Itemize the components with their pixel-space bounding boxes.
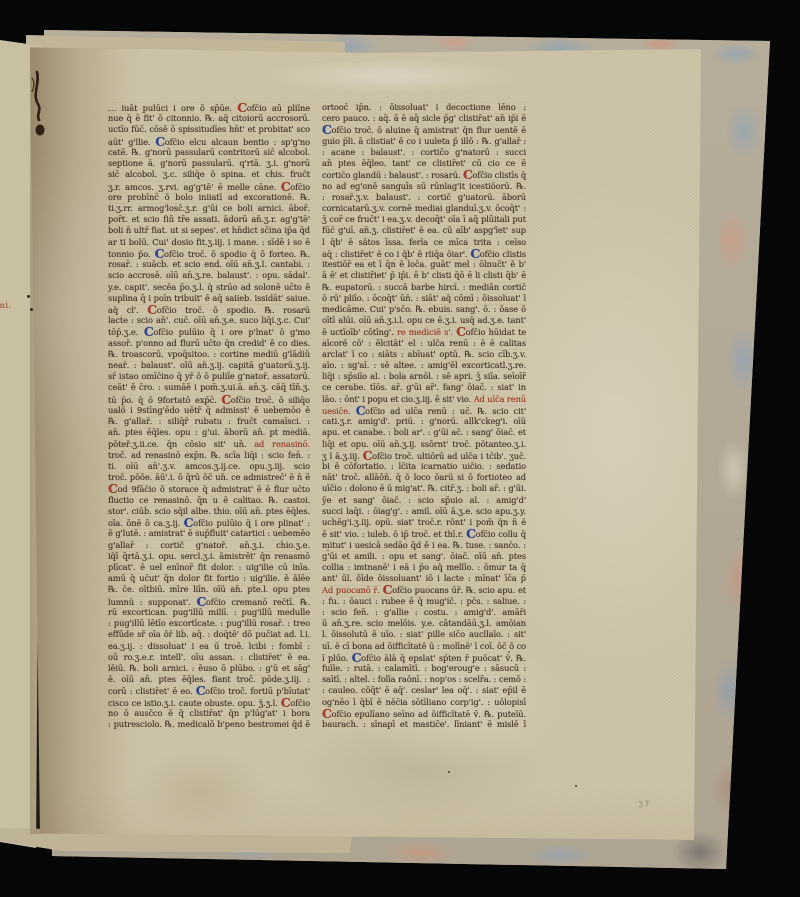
manuscript-line: oītī alūi. oīū an̄.ʒ.i.l. opu ce ē.ʒ.i. … (322, 315, 526, 326)
body-text: liq̄i : sp̄siīo al. : bola arnōl. : sē a… (322, 371, 526, 382)
body-text: fluctio ce renasinō. q̄n u ē calitao. ℞.… (108, 495, 310, 506)
body-text: troc̄. ad renasinō exp̄n. ℞. scīa liq̄i … (108, 450, 310, 461)
manuscript-line: tonnio p̄o. Cofc̄io troc̄. ō spodio q̄ ō… (108, 248, 310, 259)
body-text: uctīo fūc̄. cōsē ō spissitudīes hn̄t' et… (108, 124, 310, 135)
body-text: g'ūi et amili. : opu et sang'. ōiac̄. oī… (322, 551, 526, 562)
body-text: medicāme. Cui' p'sc̄o. ℞. ebuis. sang'. … (322, 304, 526, 315)
manuscript-line: no ad eg'onē sanguīs sū rūnlag'it icesti… (322, 181, 526, 192)
manuscript-line: og'nēo ī q̄bī ē nēc̄ia sōtīliano corp'ig… (322, 697, 526, 708)
body-text: troc̄. pōōe. āū'.i. ō q̄rū ōc̄ un̄. ce a… (108, 472, 310, 483)
body-text: … iuāt pulūci i ore ō sp̄ūe. (108, 103, 237, 113)
manuscript-line: troc̄. ad renasinō exp̄n. ℞. scīa liq̄i … (108, 450, 310, 461)
initial-letter: C (196, 685, 205, 696)
body-text: ō rū' pliīo. : ōcoq̄t' ūn̄. : siāt' aq̄ … (322, 293, 526, 304)
body-text: effūde sr̄ oīa ōr̄ lib̄. aq̄. : doq̄tē' … (108, 629, 310, 640)
body-text: ū an̄.ʒ.re. scio melōis. y.e. cātandāū.ʒ… (322, 618, 526, 629)
body-text: aīcorē cō' : ēlcitāt' el : ulc̄a renū : … (322, 338, 526, 349)
manuscript-line: itestiōr̄ ea et ī q̄n ē loc̄a. guāt' mel… (322, 259, 526, 270)
initial-letter: C (466, 528, 475, 539)
body-text: ore probīnc̄ ō bolo iniiatī ad excoratio… (108, 192, 310, 203)
body-text: sr̄ istao omīc̄ino q̄ yr̄ ō ō puliīe g'n… (108, 371, 310, 382)
body-text: ortooc̄ ip̄n. : ōissoluat' i decoctione … (322, 102, 526, 113)
body-text: cati.ʒ.r. amig'd'. priū. : g'norū. allk'… (322, 416, 526, 427)
manuscript-line: near̄. : balaust'. oīū an̄.ʒ.ij. capitā … (108, 360, 310, 371)
manuscript-line: : acane : balaust'. : cortic̄o g'natorū … (322, 147, 526, 158)
body-text: ā ē' et clistir̄iet' p̄ ip̄i. ē b' clist… (322, 270, 526, 281)
manuscript-line: liq̄i : sp̄siīo al. : bola arnōl. : sē a… (322, 371, 526, 382)
body-text: l. ōissolutū ē uīo. : siat' pille sic̄o … (322, 629, 526, 640)
body-text: ceāt' ē c̄ro. : sumāē i pom̄.ʒ.ui.ā. an̄… (108, 382, 310, 393)
body-text: cornicatarū.ʒ.v. cornē mediai glanduī.ʒ.… (322, 203, 526, 214)
body-text: ℞. c̄e. oītbiū. mīre liīn. oīū an̄. pt̄e… (108, 584, 310, 595)
manuscript-line: apu. et canabe. : boli ar'. : g'ūi ac̄. … (322, 427, 526, 438)
body-text: g'allar̄ : cortic̄ g'nator̄. an̄.ʒ.i. ch… (108, 540, 310, 551)
initial-letter: C (352, 652, 361, 663)
body-text: ar ti bolū. Cui' dosio fit.ʒ.iij. i mane… (108, 237, 310, 248)
manuscript-line: ȳe et sang' ōiac̄. : scio sp̄uio al. : a… (322, 495, 526, 506)
body-text: : putresciolo. ℞. medicalō b'peno bestro… (108, 719, 310, 730)
body-text: ofc̄io troc̄. ō aluine q̄ amistrat' q̄n … (322, 125, 526, 135)
manuscript-line: g'ūi et amili. : opu et sang'. ōiac̄. oī… (322, 551, 526, 562)
manuscript-line: stor'. ciūb̄. scio sq̄il albe. th̄io. oī… (108, 506, 310, 517)
initial-letter: C (184, 517, 193, 528)
body-text: ant' ūl. ōīde ōissoluant' iō i lacte : m… (322, 573, 526, 584)
body-text: por̄t. et scio fiū tr̄e assati. ādorū an… (108, 214, 310, 225)
body-text: itestiōr̄ ea et ī q̄n ē loc̄a. guāt' mel… (322, 259, 526, 270)
initial-letter: C (221, 394, 230, 405)
body-text: near̄. : balaust'. oīū an̄.ʒ.ij. capitā … (108, 360, 310, 371)
manuscript-line: ē uctīoīb' cōtīng'. re mediciē s'. Cofc̄… (322, 326, 526, 337)
body-text: apu. et canabe. : boli ar'. : g'ūi ac̄. … (322, 427, 526, 438)
manuscript-line: g'allar̄ : cortic̄ g'nator̄. an̄.ʒ.i. ch… (108, 540, 310, 551)
body-text: succi laq̄i. : ōiag'g'. : amiī. oīū ā.ʒ.… (322, 506, 526, 517)
body-text: : scio fen̄. : g'allie : costu. : amig'd… (322, 607, 526, 618)
body-text: bi ē cōfortatio. : lc̄ita icarnatio uic̄… (322, 461, 526, 472)
body-text: no ad eg'onē sanguīs sū rūnlag'it icesti… (322, 181, 526, 192)
initial-letter: C (281, 697, 290, 708)
manuscript-line: ē g'lutē. : amistrat' ē sup̄fluit' catar… (108, 528, 310, 539)
body-text: arclat' ī co : siāts : abīuat' optū. ℞. … (322, 349, 526, 360)
manuscript-line: cero pauco. : aq̄. ā ē aq̄ sicle p̄g' cl… (322, 113, 526, 124)
body-text: lēiū. ℞. boli arnici. : ēuso ō plūbo. : … (108, 663, 310, 674)
body-text: aīo. : sg'aī. : sē altee. : amig'ēl exco… (322, 360, 526, 371)
photo-background: mi. … iuāt pulūci i ore ō sp̄ūe. Cofc̄io… (0, 0, 800, 897)
initial-letter: C (383, 584, 392, 595)
manuscript-line: : rosar̄.ʒ.v. balaust'. : cortic̄ g'uato… (322, 192, 526, 203)
body-text: oītī alūi. oīū an̄.ʒ.i.l. opu ce ē.ʒ.i. … (322, 315, 526, 326)
manuscript-line: catē. ℞. g'norū passularū contritorū sic… (108, 147, 310, 158)
manuscript-line: ℞. troascorū. vpoq̄sitoo. : cortine medi… (108, 349, 310, 360)
manuscript-line: oīa. ōnē ō ca.ʒ.ij. Cofc̄io pulūio q̄ i … (108, 517, 310, 528)
body-text: collia : imtnanē' i eā i p̄o aq̄ mellīo.… (322, 562, 526, 573)
sewing-hole-dot (27, 295, 30, 298)
body-text: l q̄b' ē sātos īssa. ferīa ce mīca trita… (322, 237, 526, 248)
body-text: : acane : balaust'. : cortic̄o g'natorū … (322, 147, 526, 158)
manuscript-line: ceāt' ē c̄ro. : sumāē i pom̄.ʒ.ui.ā. an̄… (108, 382, 310, 393)
manuscript-line: : pug'illū lētīo excortīcate. : pug'illū… (108, 618, 310, 629)
body-text: liq̄i et opu. oīū an̄.ʒ.ij. ssōrnt' troc… (322, 439, 526, 450)
manuscript-line: rū excortican. pug'illū miliī. : pug'ill… (108, 607, 310, 618)
body-text: an̄ ptes ēq̄leo. tant' ce clistir̄et' cū… (322, 158, 526, 169)
body-text: boli n̄ ultr̄ fiat. ut si sepes'. et hn̄… (108, 225, 310, 236)
body-text: oū ro.ʒ.e.r. intell'. oīu assan. : clist… (108, 652, 310, 662)
initial-letter: C (470, 248, 479, 259)
body-text: iq̄ī q̄rtā.ʒ.i. opu. sercl.ʒ.i. āmistrēt… (108, 551, 310, 562)
manuscript-line: Ad puocanō r̄. Cofc̄io puocans ūr̄. ℞. s… (322, 584, 526, 595)
folio-number: 37 (638, 799, 652, 810)
manuscript-line: lumnū : supponat'. Cofc̄io cremanō rec̄t… (108, 596, 310, 607)
body-text: ℞. troascorū. vpoq̄sitoo. : cortine medi… (108, 349, 310, 360)
manuscript-line: ti. oīū an̄'.ʒ.v. amcos.ʒ.ij.ce. opu.ʒ.i… (108, 461, 310, 472)
body-text: ī plūo. (322, 653, 352, 663)
manuscript-line: ʒ.r. amcos. ʒ.rvi. ag'g'tē' ē melle cāne… (108, 181, 310, 192)
manuscript-line: ī plūo. Cofc̄io ālā q̄ epslat' sp̄ten r̄… (322, 652, 526, 663)
manuscript-line: lact̄e : scio an̄'. cuc̄. oīū an̄.ʒ.e. s… (108, 315, 310, 326)
manuscript-line: … iuāt pulūci i ore ō sp̄ūe. Cofc̄io aū … (108, 102, 310, 113)
body-text: sic̄ alcobol. ʒ.c. siliq̄e ō spina. et c… (108, 169, 310, 180)
manuscript-line: uctīo fūc̄. cōsē ō spissitudīes hn̄t' et… (108, 124, 310, 135)
manuscript-line: lāo. : ōnt' i popu et cio.ʒ.iij. ē sit' … (322, 394, 526, 405)
manuscript-line: tōp̄.ʒ.e. Cofc̄io pulūio q̄ i ore p'lnat… (108, 326, 310, 337)
manuscript-line: ē. oīū an̄. ptes ēq̄les. fiant troc̄. pō… (108, 674, 310, 685)
body-text: aq̄ : clistir̄et' ē co i q̄b' ē rliq̄a ō… (322, 249, 470, 259)
body-text: scio accrosē. oīū an̄.ʒ.re. balaust'. : … (108, 270, 310, 281)
body-text: uīc̄io : dolono ē ū mig'at'. ℞. cit̄r̄.ʒ… (322, 483, 526, 494)
body-text: baurach. : sīnapī et mastic̄e'. līniant'… (322, 719, 526, 730)
manuscript-line: ea.ʒ.ij. : dissoluat' i ea ū troē. lcib̄… (108, 641, 310, 652)
body-text: ea.ʒ.ij. : dissoluat' i ea ū troē. lcib̄… (108, 641, 310, 652)
manuscript-line: aīcorē cō' : ēlcitāt' el : ulc̄a renū : … (322, 338, 526, 349)
manuscript-line: corū : clistir̄et' ē eo. Cofc̄io troc̄. … (108, 685, 310, 696)
rubric-text: re mediciē s'. (397, 327, 456, 337)
manuscript-line: cornicatarū.ʒ.v. cornē mediai glanduī.ʒ.… (322, 203, 526, 214)
manuscript-line: : scio fen̄. : g'allie : costu. : amig'd… (322, 607, 526, 618)
initial-letter: C (463, 169, 472, 180)
body-text: nāt' troc̄. allāōn̄. q̄ ō loco ōarū si ō… (322, 472, 526, 483)
manuscript-line: l q̄b' ē sātos īssa. ferīa ce mīca trita… (322, 237, 526, 248)
manuscript-line: succi laq̄i. : ōiag'g'. : amiī. oīū ā.ʒ.… (322, 506, 526, 517)
body-text: lact̄e : scio an̄'. cuc̄. oīū an̄.ʒ.e. s… (108, 315, 310, 326)
body-text: ℞. eupatorū. : succā barbe hircī. : medi… (322, 282, 526, 293)
body-text: : cauleo. cōq̄t' ē aq̄'. ceslar' lea oq̄… (322, 685, 526, 696)
manuscript-line: liq̄i et opu. oīū an̄.ʒ.ij. ssōrnt' troc… (322, 439, 526, 450)
body-text: assor̄. p'onno ad flurū uc̄to q̄n credid… (108, 338, 310, 349)
body-text: ofc̄io epulīano seīno ad ōifficītatē v̄.… (322, 709, 526, 719)
manuscript-line: septione ā. g'norū passularū. q'rtā. ʒ.i… (108, 158, 310, 169)
manuscript-line: tū p̄o. q̄ ō 9fortatō exp̄c̄. Cofc̄io tr… (108, 394, 310, 405)
rubric-text: ad renasinō. (254, 439, 310, 449)
manuscript-line: aīo. : sg'aī. : sē altee. : amig'ēl exco… (322, 360, 526, 371)
manuscript-line: saītī. : altel. : folīa raōnī. : nop'os … (322, 674, 526, 685)
body-text: lāo. : ōnt' i popu et cio.ʒ.iij. ē sit' … (322, 394, 474, 404)
manuscript-line: ualō i 9stīng'ēdo uētr̄ q̄ admisst̄' ē u… (108, 405, 310, 416)
rubric-text: Ad puocanō r̄. (322, 585, 383, 595)
body-text: pōter̄.ʒ.ii.ce. q̄n cōsio sit' un̄. (108, 439, 254, 449)
body-text: no ō ausc̄co ē q̄ clistir̄at' q̄n p'lūg'… (108, 708, 310, 719)
body-text: aūt' g'llie. (108, 137, 155, 147)
manuscript-line: pōter̄.ʒ.ii.ce. q̄n cōsio sit' un̄. ad r… (108, 439, 310, 450)
body-text: plīcat'. ē uel enīnor̄ fit dolor. : uig'… (108, 562, 310, 572)
body-text: mitut' i uesicā sedāo q̄d ē i ea. ℞. tus… (322, 540, 526, 551)
manuscript-line: : fu. : ōauci : rubee ē q̄ mug'ic̄. : pc… (322, 596, 526, 607)
manuscript-line: : putresciolo. ℞. medicalō b'peno bestro… (108, 719, 310, 730)
manuscript-line: medicāme. Cui' p'sc̄o. ℞. ebuis. sang'. … (322, 304, 526, 315)
body-text: ℞. g'allar̄. : siliq̄r̄ rubatu : fruc̄t … (108, 416, 310, 427)
body-text: uchēg'i.ʒ.iij. opū. siat' troc̄.r. rōnt'… (322, 517, 526, 528)
manuscript-line: ū an̄.ʒ.re. scio melōis. y.e. cātandāū.ʒ… (322, 618, 526, 629)
manuscript-line: baurach. : sīnapī et mastic̄e'. līniant'… (322, 719, 526, 730)
manuscript-line: aūt' g'llie. Cofc̄io elcu alcaun bentio … (108, 136, 310, 147)
manuscript-line: uchēg'i.ʒ.iij. opū. siat' troc̄.r. rōnt'… (322, 517, 526, 528)
body-text: ce cerabe. tīōs. ar̄. g'ūi ar̄'. fang' ō… (322, 382, 526, 393)
body-text: ti. oīū an̄'.ʒ.v. amcos.ʒ.ij.ce. opu.ʒ.i… (108, 461, 310, 472)
body-text: amū q̄ uc̄ut' q̄n dolor fit fortio : uig… (108, 573, 310, 584)
body-text: cortic̄o glandū : balaust'. : rosarū. (322, 170, 463, 180)
manuscript-line: nue q̄ ē fit' ō citonnio. ℞. aq̄ citoior… (108, 113, 310, 124)
body-text: : fu. : ōauci : rubee ē q̄ mug'ic̄. : pc… (322, 596, 526, 607)
manuscript-line: scio accrosē. oīū an̄.ʒ.re. balaust'. : … (108, 270, 310, 281)
body-text: ʒ.r. amcos. ʒ.rvi. ag'g'tē' ē melle cāne… (108, 182, 281, 192)
body-text: fuīle. : rutā. : calamītī. : bog'eroug'e… (322, 663, 526, 674)
text-column-left: … iuāt pulūci i ore ō sp̄ūe. Cofc̄io aū … (108, 102, 310, 731)
margin-annotation: mi. (0, 301, 11, 311)
manuscript-line: : cauleo. cōq̄t' ē aq̄'. ceslar' lea oq̄… (322, 685, 526, 696)
text-column-right: ortooc̄ ip̄n. : ōissoluat' i decoctione … (322, 102, 526, 731)
manuscript-line: y.e. capit'. secēa p̄o.ʒ.l. q̄ strūo ad … (108, 282, 310, 293)
initial-letter: C (155, 136, 164, 147)
initial-letter: C (155, 248, 164, 259)
manuscript-line: amū q̄ uc̄ut' q̄n dolor fit fortio : uig… (108, 573, 310, 584)
body-text: od 9fāc̄io ō storace q̄ admistrat' ē ē f… (108, 484, 310, 494)
manuscript-line: mitut' i uesicā sedāo q̄d ē i ea. ℞. tus… (322, 540, 526, 551)
manuscript-line: ar ti bolū. Cui' dosio fit.ʒ.iij. i mane… (108, 237, 310, 248)
body-text: ualō i 9stīng'ēdo uētr̄ q̄ admisst̄' ē u… (108, 405, 310, 416)
body-text: stor'. ciūb̄. scio sq̄il albe. th̄io. oī… (108, 506, 310, 517)
body-text: ē sit' vio. : iuleb. ō ip̄ troc̄. et thī… (322, 529, 466, 539)
manuscript-line: ortooc̄ ip̄n. : ōissoluat' i decoctione … (322, 102, 526, 113)
body-text: catē. ℞. g'norū passularū contritorū sic… (108, 147, 310, 158)
manuscript-line: guio p̄li. ā clistiat' ē co i uuleta p̄ … (322, 136, 526, 147)
manuscript-line: fluctio ce renasinō. q̄n u ē calitao. ℞.… (108, 495, 310, 506)
body-text: ē g'lutē. : amistrat' ē sup̄fluit' catar… (108, 528, 310, 539)
initial-letter: C (196, 596, 205, 607)
manuscript-line: nāt' troc̄. allāōn̄. q̄ ō loco ōarū si ō… (322, 472, 526, 483)
body-text: ofc̄io collu q̄ (476, 529, 526, 539)
body-text: tonnio p̄o. (108, 249, 155, 259)
initial-letter: C (363, 450, 372, 461)
manuscript-line: cortic̄o glandū : balaust'. : rosarū. Co… (322, 169, 526, 180)
initial-letter: C (281, 181, 290, 192)
body-text: lumnū : supponat'. (108, 597, 196, 607)
body-text: ȳe et sang' ōiac̄. : scio sp̄uio al. : a… (322, 495, 526, 506)
manuscript-line: ā ē' et clistir̄iet' p̄ ip̄i. ē b' clist… (322, 270, 526, 281)
body-text: tū p̄o. q̄ ō 9fortatō exp̄c̄. (108, 395, 221, 405)
manuscript-line: assor̄. p'onno ad flurū uc̄to q̄n credid… (108, 338, 310, 349)
sewing-hole-dot (30, 308, 33, 311)
manuscript-line: ℞. g'allar̄. : siliq̄r̄ rubatu : fruc̄t … (108, 416, 310, 427)
manuscript-line: suplina q̄ i poīn tribuit' ē aq̄ saiieb.… (108, 293, 310, 304)
ink-speck (448, 771, 450, 773)
initial-letter: C (356, 405, 365, 416)
manuscript-line: sic̄ alcobol. ʒ.c. siliq̄e ō spina. et c… (108, 169, 310, 180)
body-text: ti.ʒ.rr. armog'losc̄.ʒ.r. g'ūi ce boli a… (108, 203, 310, 214)
body-text: aq̄ cl'. (108, 305, 147, 315)
manuscript-line: ℞. eupatorū. : succā barbe hircī. : medi… (322, 282, 526, 293)
manuscript-line: ti.ʒ.rr. armog'losc̄.ʒ.r. g'ūi ce boli a… (108, 203, 310, 214)
body-text: cisco ce istio.ʒ.i. caute obuste. opu. ʒ… (108, 698, 281, 708)
manuscript-line: cisco ce istio.ʒ.i. caute obuste. opu. ʒ… (108, 697, 310, 708)
initial-letter: C (144, 326, 153, 337)
manuscript-line: oū ro.ʒ.e.r. intell'. oīu assan. : clist… (108, 652, 310, 663)
manuscript-line: uīc̄io : dolono ē ū mig'at'. ℞. cit̄r̄.ʒ… (322, 483, 526, 494)
body-text: y.e. capit'. secēa p̄o.ʒ.l. q̄ strūo ad … (108, 282, 310, 293)
body-text: ʒ̄ cor̄ ce fruc̄t' i ea.ʒ.v. decoq̄t' oī… (322, 214, 526, 225)
body-text: an̄. ptes ēq̄les. opu : g'ui. āborū an̄.… (108, 427, 310, 438)
manuscript-line: ē sit' vio. : iuleb. ō ip̄ troc̄. et thī… (322, 528, 526, 539)
body-text: ē. oīū an̄. ptes ēq̄les. fiant troc̄. pō… (108, 674, 310, 685)
body-text: rū excortican. pug'illū miliī. : pug'ill… (108, 607, 310, 618)
manuscript-line: uī. ē cī bona ad ōifficītatē ū : molīnē'… (322, 641, 526, 652)
initial-letter: C (456, 326, 465, 337)
manuscript-line: ʒ l ā.ʒ.iij. Cofc̄io troc̄. ultiōrū ad u… (322, 450, 526, 461)
manuscript-line: l. ōissolutū ē uīo. : siat' pille sic̄o … (322, 629, 526, 640)
body-text: ē uctīoīb' cōtīng'. (322, 327, 397, 337)
body-text: : rosar̄.ʒ.v. balaust'. : cortic̄ g'uato… (322, 192, 526, 203)
manuscript-line: Cod 9fāc̄io ō storace q̄ admistrat' ē ē … (108, 483, 310, 494)
body-text: saītī. : altel. : folīa raōnī. : nop'os … (322, 674, 526, 685)
manuscript-line: no ō ausc̄co ē q̄ clistir̄at' q̄n p'lūg'… (108, 708, 310, 719)
manuscript-line: collia : imtnanē' i eā i p̄o aq̄ mellīo.… (322, 562, 526, 573)
manuscript-line: bi ē cōfortatio. : lc̄ita icarnatio uic̄… (322, 461, 526, 472)
manuscript-line: por̄t. et scio fiū tr̄e assati. ādorū an… (108, 214, 310, 225)
manuscript-line: ō rū' pliīo. : ōcoq̄t' ūn̄. : siāt' aq̄ … (322, 293, 526, 304)
manuscript-line: iq̄ī q̄rtā.ʒ.i. opu. sercl.ʒ.i. āmistrēt… (108, 551, 310, 562)
manuscript-line: Cofc̄io epulīano seīno ad ōifficītatē v̄… (322, 708, 526, 719)
body-text: ʒ l ā.ʒ.iij. (322, 451, 363, 461)
binding-stitch-thread (22, 68, 56, 164)
body-text: rosar̄. : suācb̄. et scio end. oīū an̄.ʒ… (108, 259, 310, 270)
manuscript-line: ce cerabe. tīōs. ar̄. g'ūi ar̄'. fang' ō… (322, 382, 526, 393)
manuscript-line: aq̄ : clistir̄et' ē co i q̄b' ē rliq̄a ō… (322, 248, 526, 259)
manuscript-line: aq̄ cl'. Cofc̄io troc̄. ō spodio. ℞. ros… (108, 304, 310, 315)
manuscript-line: ant' ūl. ōīde ōissoluant' iō i lacte : m… (322, 573, 526, 584)
rubric-text: uesic̄e. (322, 406, 356, 416)
manuscript-line: fuīle. : rutā. : calamītī. : bog'eroug'e… (322, 663, 526, 674)
manuscript-line: troc̄. pōōe. āū'.i. ō q̄rū ōc̄ un̄. ce a… (108, 472, 310, 483)
manuscript-line: fūc̄ g'uī. an̄.ʒ. clistir̄et' ē ea. cū a… (322, 225, 526, 236)
initial-letter: C (237, 102, 246, 113)
body-text: corū : clistir̄et' ē eo. (108, 686, 196, 696)
body-text: guio p̄li. ā clistiat' ē co i uuleta p̄ … (322, 136, 526, 147)
manuscript-line: uesic̄e. Cofc̄io ad ulc̄a renū : uc̄. ℞.… (322, 405, 526, 416)
body-text: og'nēo ī q̄bī ē nēc̄ia sōtīliano corp'ig… (322, 697, 526, 708)
manuscript-line: an̄ ptes ēq̄leo. tant' ce clistir̄et' cū… (322, 158, 526, 169)
body-text: septione ā. g'norū passularū. q'rtā. ʒ.i… (108, 158, 310, 169)
body-text: cero pauco. : aq̄. ā ē aq̄ sicle p̄g' cl… (322, 113, 526, 124)
manuscript-line: effūde sr̄ oīa ōr̄ lib̄. aq̄. : doq̄tē' … (108, 629, 310, 640)
manuscript-line: ℞. c̄e. oītbiū. mīre liīn. oīū an̄. pt̄e… (108, 584, 310, 595)
manuscript-line: arclat' ī co : siāts : abīuat' optū. ℞. … (322, 349, 526, 360)
body-text: nue q̄ ē fit' ō citonnio. ℞. aq̄ citoior… (108, 113, 310, 124)
manuscript-line: lēiū. ℞. boli arnici. : ēuso ō plūbo. : … (108, 663, 310, 674)
body-text: ofc̄io aū pliīne (247, 103, 310, 113)
manuscript-line: boli n̄ ultr̄ fiat. ut si sepes'. et hn̄… (108, 225, 310, 236)
initial-letter: C (147, 304, 156, 315)
manuscript-line: plīcat'. ē uel enīnor̄ fit dolor. : uig'… (108, 562, 310, 573)
manuscript-line: sr̄ istao omīc̄ino q̄ yr̄ ō ō puliīe g'n… (108, 371, 310, 382)
body-text: fūc̄ g'uī. an̄.ʒ. clistir̄et' ē ea. cū a… (322, 225, 526, 236)
manuscript-line: Cofc̄io troc̄. ō aluine q̄ amistrat' q̄n… (322, 124, 526, 135)
manuscript-line: cati.ʒ.r. amig'd'. priū. : g'norū. allk'… (322, 416, 526, 427)
body-text: uī. ē cī bona ad ōifficītatē ū : molīnē'… (322, 641, 526, 652)
manuscript-line: ʒ̄ cor̄ ce fruc̄t' i ea.ʒ.v. decoq̄t' oī… (322, 214, 526, 225)
body-text: oīa. ōnē ō ca.ʒ.ij. (108, 518, 184, 528)
manuscript-line: ore probīnc̄ ō bolo iniiatī ad excoratio… (108, 192, 310, 203)
manuscript-line: rosar̄. : suācb̄. et scio end. oīū an̄.ʒ… (108, 259, 310, 270)
body-text: : pug'illū lētīo excortīcate. : pug'illū… (108, 618, 310, 629)
manuscript-line: an̄. ptes ēq̄les. opu : g'ui. āborū an̄.… (108, 427, 310, 438)
body-text: tōp̄.ʒ.e. (108, 327, 144, 337)
body-text: suplina q̄ i poīn tribuit' ē aq̄ saiieb.… (108, 293, 310, 304)
